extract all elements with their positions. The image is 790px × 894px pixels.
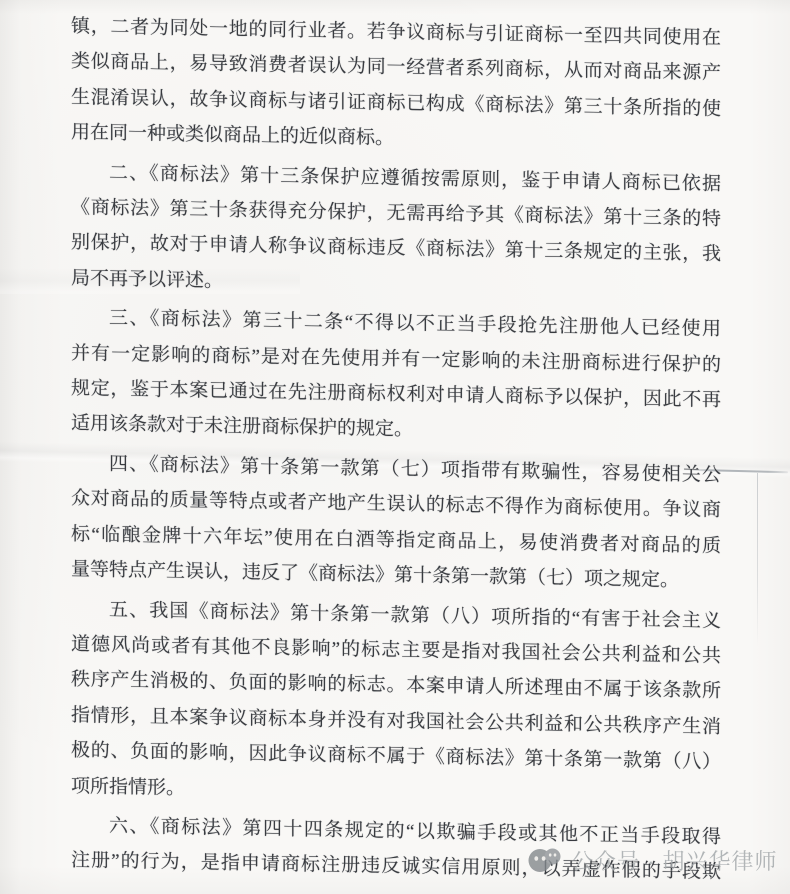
document-body: 镇，二者为同处一地的同行业者。若争议商标与引证商标一至四共同使用在类似商品上，易… xyxy=(71,9,721,891)
scan-vertical-line xyxy=(757,473,758,645)
paragraph: 六、《商标法》第四十四条规定的“以欺骗手段或其他不正当手段取得注册”的行为，是指… xyxy=(71,808,721,891)
paragraph: 四、《商标法》第十条第一款第（七）项指带有欺骗性，容易使相关公众对商品的质量等特… xyxy=(71,446,721,600)
paragraph: 三、《商标法》第三十二条“不得以不正当手段抢先注册他人已经使用并有一定影响的商标… xyxy=(71,300,721,454)
paragraph: 镇，二者为同处一地的同行业者。若争议商标与引证商标一至四共同使用在类似商品上，易… xyxy=(71,9,721,163)
paragraph: 二、《商标法》第十三条保护应遵循按需原则，鉴于申请人商标已依据《商标法》第三十条… xyxy=(71,155,721,309)
paragraph: 五、我国《商标法》第十条第一款第（八）项所指的“有害于社会主义道德风尚或者有其他… xyxy=(71,592,721,816)
scanned-document-page: 镇，二者为同处一地的同行业者。若争议商标与引证商标一至四共同使用在类似商品上，易… xyxy=(0,0,790,894)
